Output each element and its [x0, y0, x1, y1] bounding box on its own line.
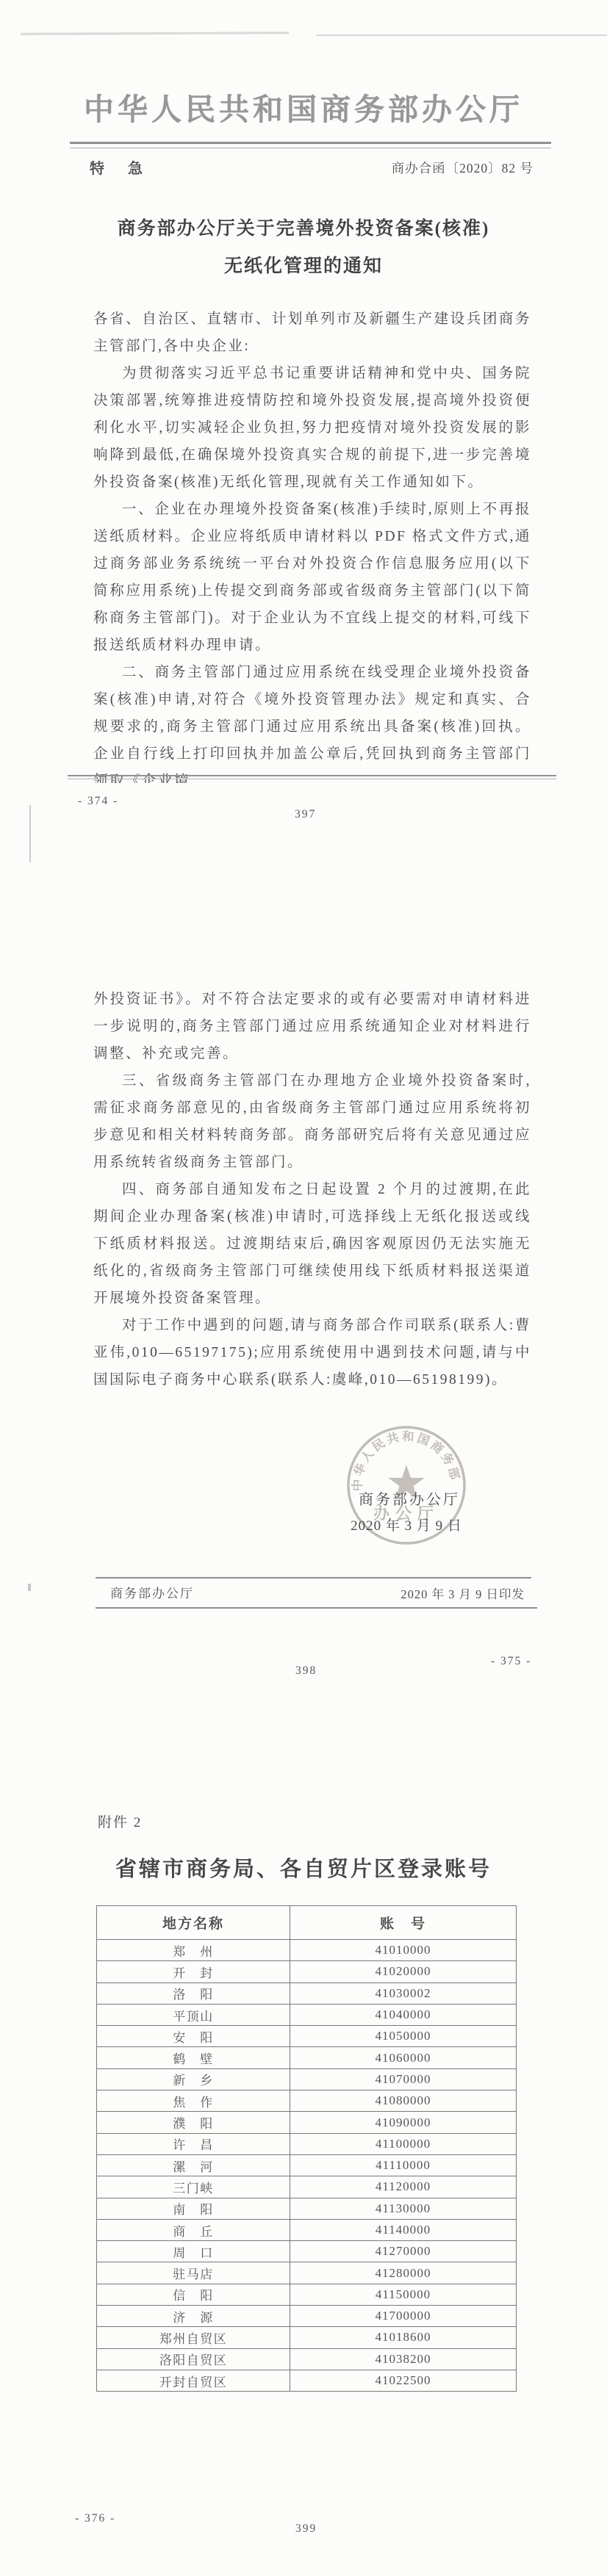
- doc-folio-374: - 374 -: [78, 795, 118, 808]
- table-row: 周 口 41270000: [97, 2241, 517, 2262]
- attachment-label: 附件 2: [98, 1811, 142, 1831]
- cell-region: 郑州自贸区: [97, 2327, 290, 2348]
- paragraph-contacts: 对于工作中遇到的问题,请与商务部合作司联系(联系人:曹亚伟,010—651971…: [93, 1312, 531, 1393]
- salutation: 各省、自治区、直辖市、计划单列市及新疆生产建设兵团商务主管部门,各中央企业:: [93, 306, 531, 360]
- cell-account: 41090000: [290, 2112, 517, 2133]
- cell-region: 平顶山: [97, 2004, 290, 2025]
- cell-account: 41280000: [290, 2262, 517, 2284]
- header-region: 地方名称: [97, 1906, 290, 1940]
- book-folio-398: 398: [295, 1664, 317, 1678]
- cell-region: 新 乡: [97, 2068, 290, 2090]
- cell-region: 安 阳: [97, 2026, 290, 2047]
- cell-region: 驻马店: [97, 2262, 290, 2284]
- table-row: 信 阳 41150000: [97, 2284, 517, 2305]
- colophon-issuer: 商务部办公厅: [110, 1583, 194, 1601]
- book-folio-397: 397: [295, 808, 316, 821]
- cell-account: 41100000: [290, 2133, 517, 2154]
- cell-account: 41022500: [290, 2370, 517, 2391]
- cell-account: 41050000: [290, 2026, 517, 2047]
- cell-region: 商 丘: [97, 2219, 290, 2240]
- body-text-page2: 外投资证书》。对不符合法定要求的或有必要需对申请材料进一步说明的,商务主管部门通…: [93, 986, 531, 1399]
- cell-region: 开 封: [97, 1961, 290, 1982]
- cell-account: 41700000: [290, 2306, 517, 2327]
- cell-region: 郑 州: [97, 1940, 290, 1961]
- table-row: 许 昌 41100000: [97, 2133, 517, 2154]
- doc-folio-375: - 375 -: [491, 1655, 531, 1668]
- table-row: 驻马店 41280000: [97, 2262, 517, 2284]
- cell-account: 41080000: [290, 2090, 517, 2112]
- table-row: 濮 阳 41090000: [97, 2112, 517, 2133]
- login-account-table: 地方名称 账 号 郑 州 41010000 开 封 41020000 洛 阳 4…: [96, 1905, 517, 2392]
- cell-region: 济 源: [97, 2306, 290, 2327]
- cell-account: 41270000: [290, 2241, 517, 2262]
- document-title-line1: 商务部办公厅关于完善境外投资备案(核准): [0, 210, 607, 248]
- cell-region: 鹤 壁: [97, 2047, 290, 2068]
- table-row: 洛阳自贸区 41038200: [97, 2348, 517, 2370]
- cell-account: 41130000: [290, 2198, 517, 2219]
- urgency-label: 特 急: [90, 156, 147, 178]
- document-title: 商务部办公厅关于完善境外投资备案(核准) 无纸化管理的通知: [0, 210, 607, 285]
- header-account: 账 号: [290, 1906, 517, 1940]
- document-number: 商办合函〔2020〕82 号: [392, 159, 534, 177]
- document-title-line2: 无纸化管理的通知: [0, 248, 607, 285]
- cell-region: 南 阳: [97, 2198, 290, 2219]
- table-row: 开封自贸区 41022500: [97, 2370, 517, 2391]
- scan-edge-mark: [28, 1584, 31, 1591]
- paragraph-intro: 为贯彻落实习近平总书记重要讲话精神和党中央、国务院决策部署,统筹推进疫情防控和境…: [93, 360, 531, 496]
- cell-account: 41038200: [290, 2348, 517, 2370]
- cell-account: 41110000: [290, 2154, 517, 2176]
- table-row: 郑 州 41010000: [97, 1940, 517, 1961]
- table-row: 平顶山 41040000: [97, 2004, 517, 2025]
- cell-account: 41140000: [290, 2219, 517, 2240]
- agency-masthead: 中华人民共和国商务部办公厅: [0, 85, 607, 129]
- page1-footer-rule: [68, 775, 556, 779]
- colophon-rule-bottom: [96, 1607, 537, 1609]
- table-row: 漯 河 41110000: [97, 2154, 517, 2176]
- cell-region: 信 阳: [97, 2284, 290, 2305]
- account-table-head: 地方名称 账 号: [97, 1906, 517, 1940]
- cell-account: 41070000: [290, 2068, 517, 2090]
- table-row: 鹤 壁 41060000: [97, 2047, 517, 2068]
- table-row: 开 封 41020000: [97, 1961, 517, 1982]
- attachment-title: 省辖市商务局、各自贸片区登录账号: [0, 1852, 607, 1883]
- scan-noise-streak: [316, 35, 607, 36]
- table-row: 新 乡 41070000: [97, 2068, 517, 2090]
- cell-account: 41120000: [290, 2176, 517, 2198]
- book-folio-399: 399: [295, 2522, 317, 2536]
- paragraph-item2-part1: 二、商务主管部门通过应用系统在线受理企业境外投资备案(核准)申请,对符合《境外投…: [93, 659, 531, 783]
- cell-account: 41040000: [290, 2004, 517, 2025]
- scanned-document-page: 中华人民共和国商务部办公厅 特 急 商办合函〔2020〕82 号 商务部办公厅关…: [0, 0, 607, 2576]
- cell-region: 漯 河: [97, 2154, 290, 2176]
- table-row: 安 阳 41050000: [97, 2026, 517, 2047]
- account-table-body: 郑 州 41010000 开 封 41020000 洛 阳 41030002 平…: [97, 1940, 517, 2392]
- cell-account: 41030002: [290, 1982, 517, 2004]
- cell-region: 洛 阳: [97, 1982, 290, 2004]
- paragraph-item4: 四、商务部自通知发布之日起设置 2 个月的过渡期,在此期间企业办理备案(核准)申…: [93, 1176, 531, 1312]
- cell-region: 开封自贸区: [97, 2370, 290, 2391]
- colophon-rule-top: [96, 1577, 531, 1579]
- table-header-row: 地方名称 账 号: [97, 1906, 517, 1940]
- cell-account: 41150000: [290, 2284, 517, 2305]
- table-row: 郑州自贸区 41018600: [97, 2327, 517, 2348]
- scan-edge-mark: [29, 805, 31, 862]
- table-row: 洛 阳 41030002: [97, 1982, 517, 2004]
- table-row: 南 阳 41130000: [97, 2198, 517, 2219]
- body-text-page1: 各省、自治区、直辖市、计划单列市及新疆生产建设兵团商务主管部门,各中央企业: 为…: [93, 306, 531, 783]
- cell-account: 41018600: [290, 2327, 517, 2348]
- table-row: 商 丘 41140000: [97, 2219, 517, 2240]
- cell-region: 三门峡: [97, 2176, 290, 2198]
- paragraph-item1: 一、企业在办理境外投资备案(核准)手续时,原则上不再报送纸质材料。企业应将纸质申…: [93, 496, 531, 659]
- cell-account: 41060000: [290, 2047, 517, 2068]
- cell-account: 41010000: [290, 1940, 517, 1961]
- cell-region: 焦 作: [97, 2090, 290, 2112]
- table-row: 济 源 41700000: [97, 2306, 517, 2327]
- scan-noise-streak: [21, 32, 289, 35]
- cell-region: 周 口: [97, 2241, 290, 2262]
- cell-region: 许 昌: [97, 2133, 290, 2154]
- cell-region: 濮 阳: [97, 2112, 290, 2133]
- cell-account: 41020000: [290, 1961, 517, 1982]
- colophon-print-date: 2020 年 3 月 9 日印发: [309, 1584, 525, 1602]
- masthead-rule: [70, 142, 551, 148]
- cell-region: 洛阳自贸区: [97, 2348, 290, 2370]
- table-row: 三门峡 41120000: [97, 2176, 517, 2198]
- table-row: 焦 作 41080000: [97, 2090, 517, 2112]
- paragraph-item3: 三、省级商务主管部门在办理地方企业境外投资备案时,需征求商务部意见的,由省级商务…: [93, 1067, 531, 1176]
- signature-agency: 商务部办公厅: [325, 1487, 494, 1509]
- signature-date: 2020 年 3 月 9 日: [318, 1515, 495, 1534]
- doc-folio-376: - 376 -: [75, 2512, 115, 2525]
- paragraph-item2-part2: 外投资证书》。对不符合法定要求的或有必要需对申请材料进一步说明的,商务主管部门通…: [93, 986, 531, 1067]
